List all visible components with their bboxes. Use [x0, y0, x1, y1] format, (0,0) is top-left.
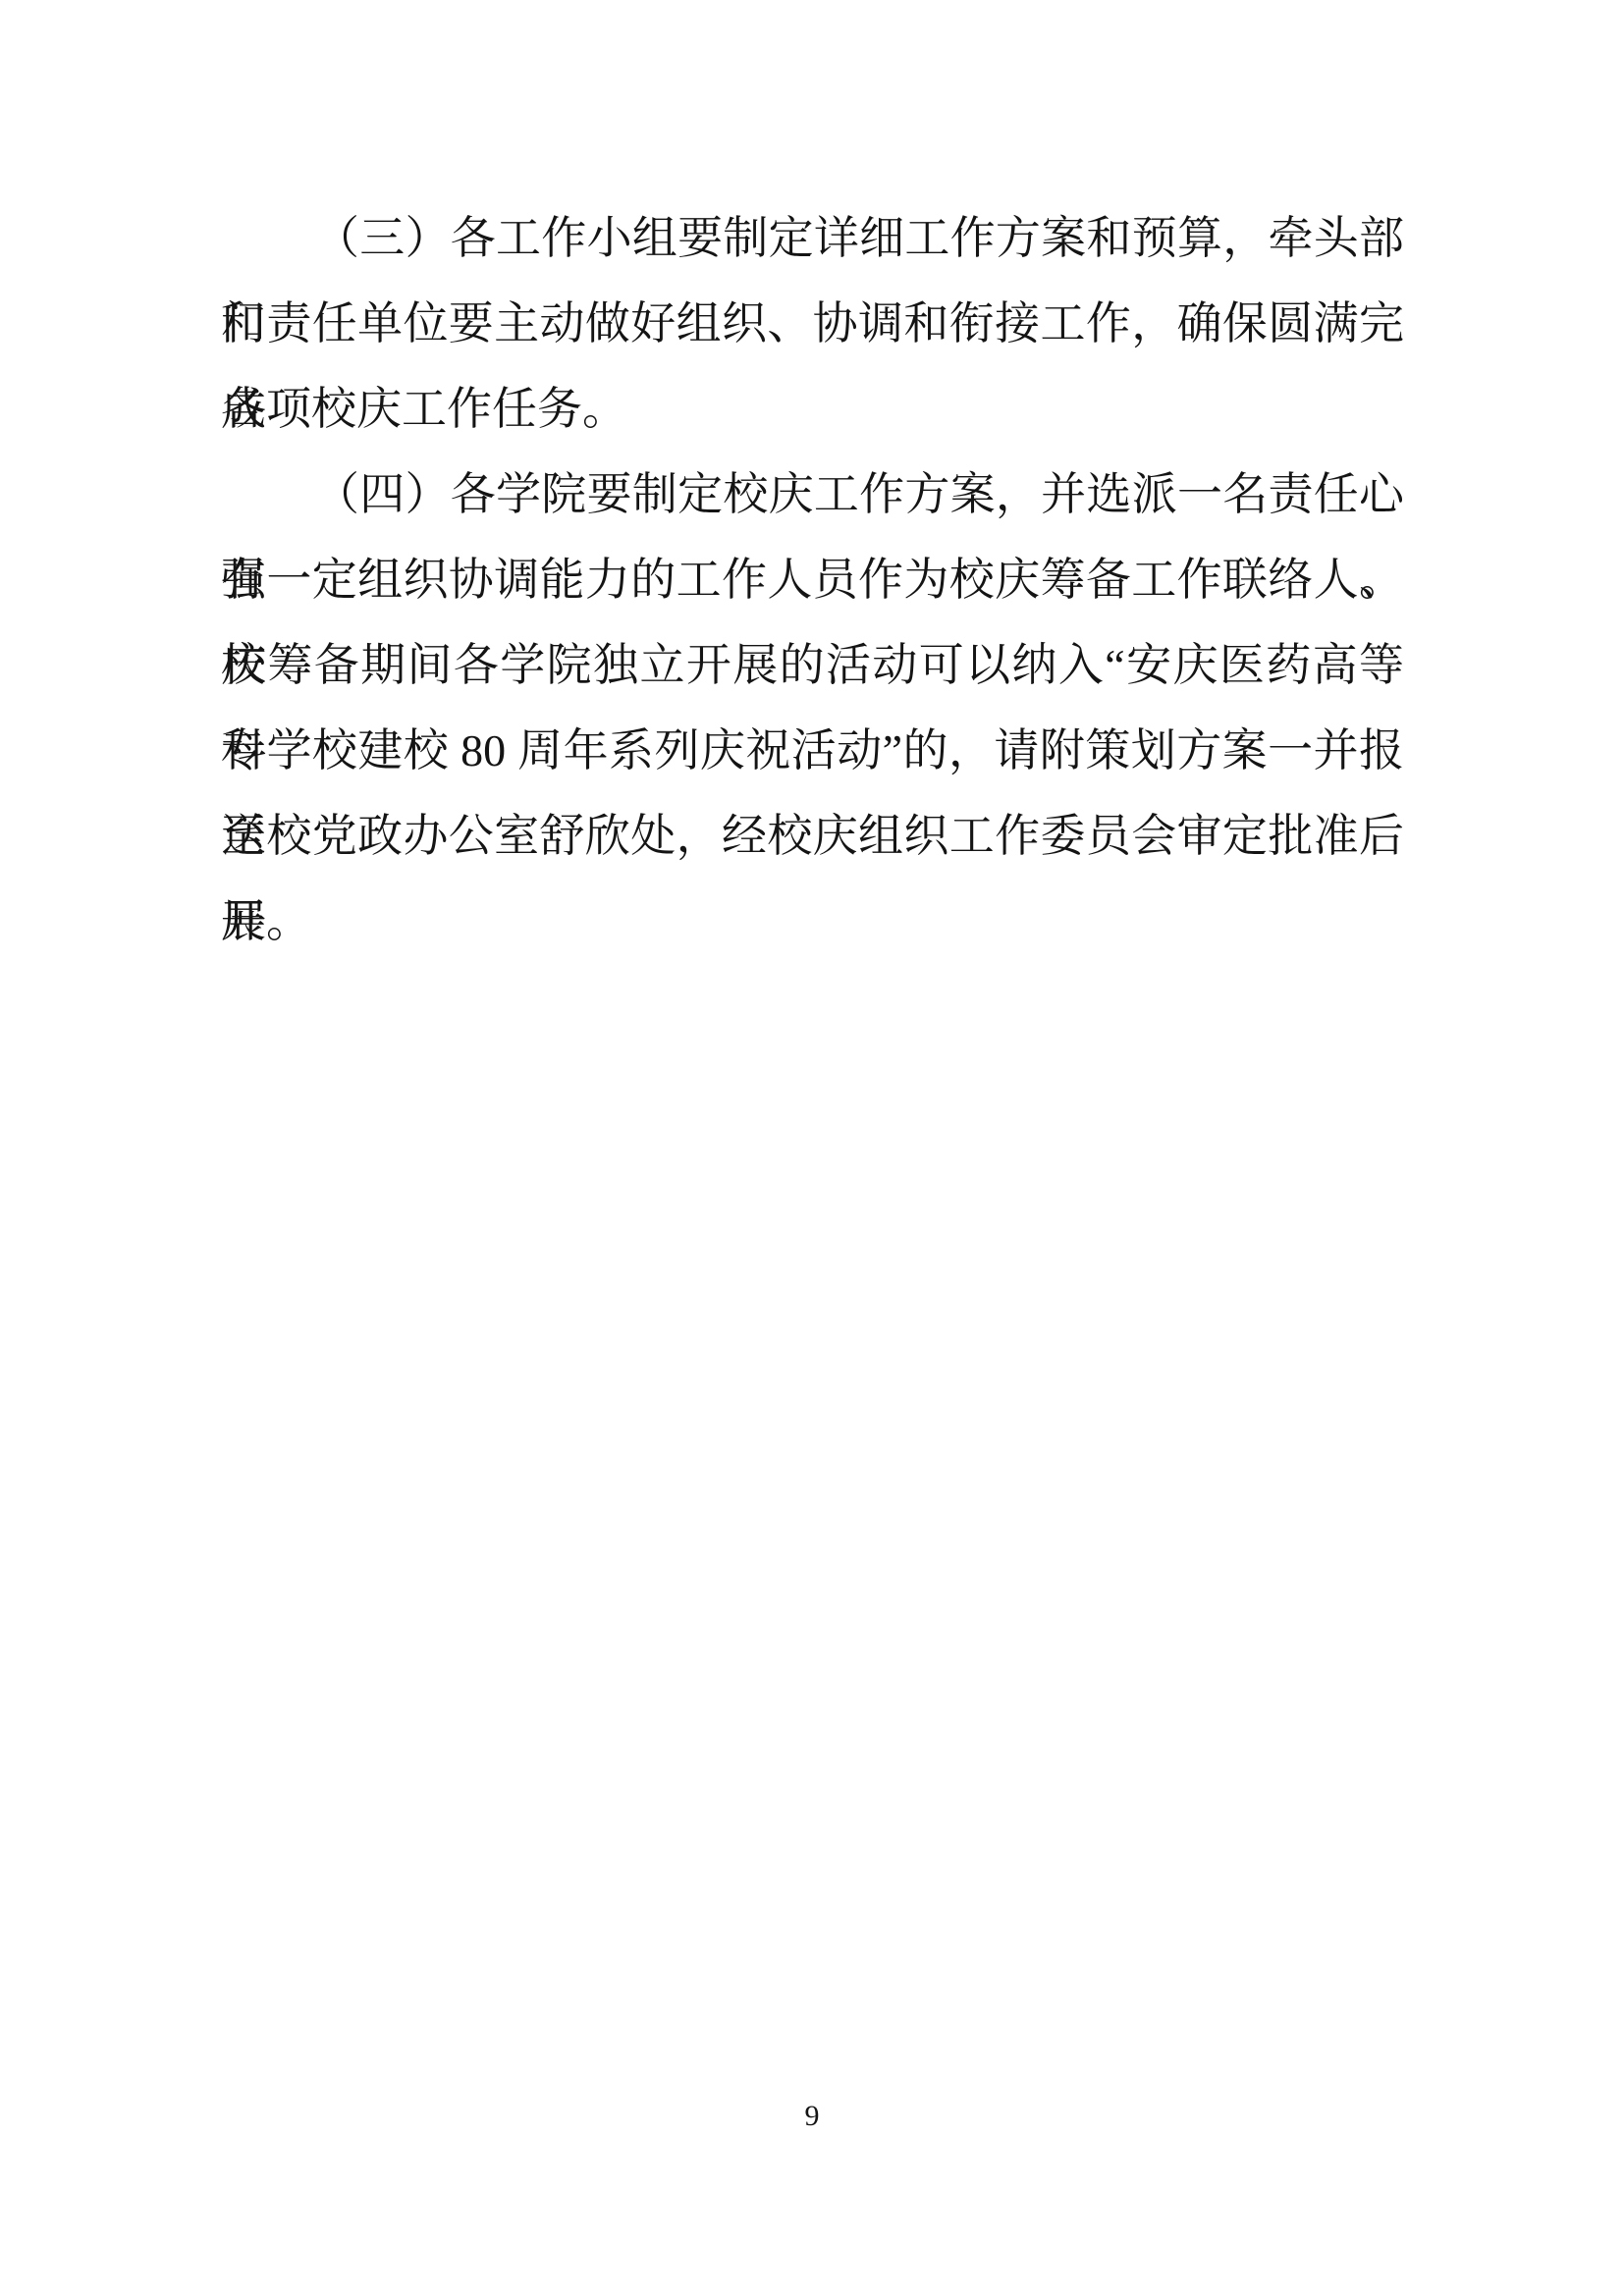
text-line: 庆筹备期间各学院独立开展的活动可以纳入“安庆医药高等专	[221, 622, 1404, 708]
document-page: （三）各工作小组要制定详细工作方案和预算，牵头部门 和责任单位要主动做好组织、协…	[0, 0, 1624, 2296]
body-text: （三）各工作小组要制定详细工作方案和预算，牵头部门 和责任单位要主动做好组织、协…	[221, 195, 1404, 964]
text-line: 展。	[221, 879, 1404, 964]
page-number: 9	[0, 2101, 1624, 2132]
text-line: 科学校建校 80 周年系列庆祝活动”的，请附策划方案一并报送	[221, 708, 1404, 793]
text-line: 和责任单位要主动做好组织、协调和衔接工作，确保圆满完成	[221, 281, 1404, 366]
text-line: 至校党政办公室舒欣处，经校庆组织工作委员会审定批准后开	[221, 793, 1404, 879]
text-line: （四）各学院要制定校庆工作方案，并选派一名责任心强、	[221, 452, 1404, 537]
text-line: 有一定组织协调能力的工作人员作为校庆筹备工作联络人。校	[221, 537, 1404, 622]
text-line: 各项校庆工作任务。	[221, 366, 1404, 452]
text-line: （三）各工作小组要制定详细工作方案和预算，牵头部门	[221, 195, 1404, 281]
